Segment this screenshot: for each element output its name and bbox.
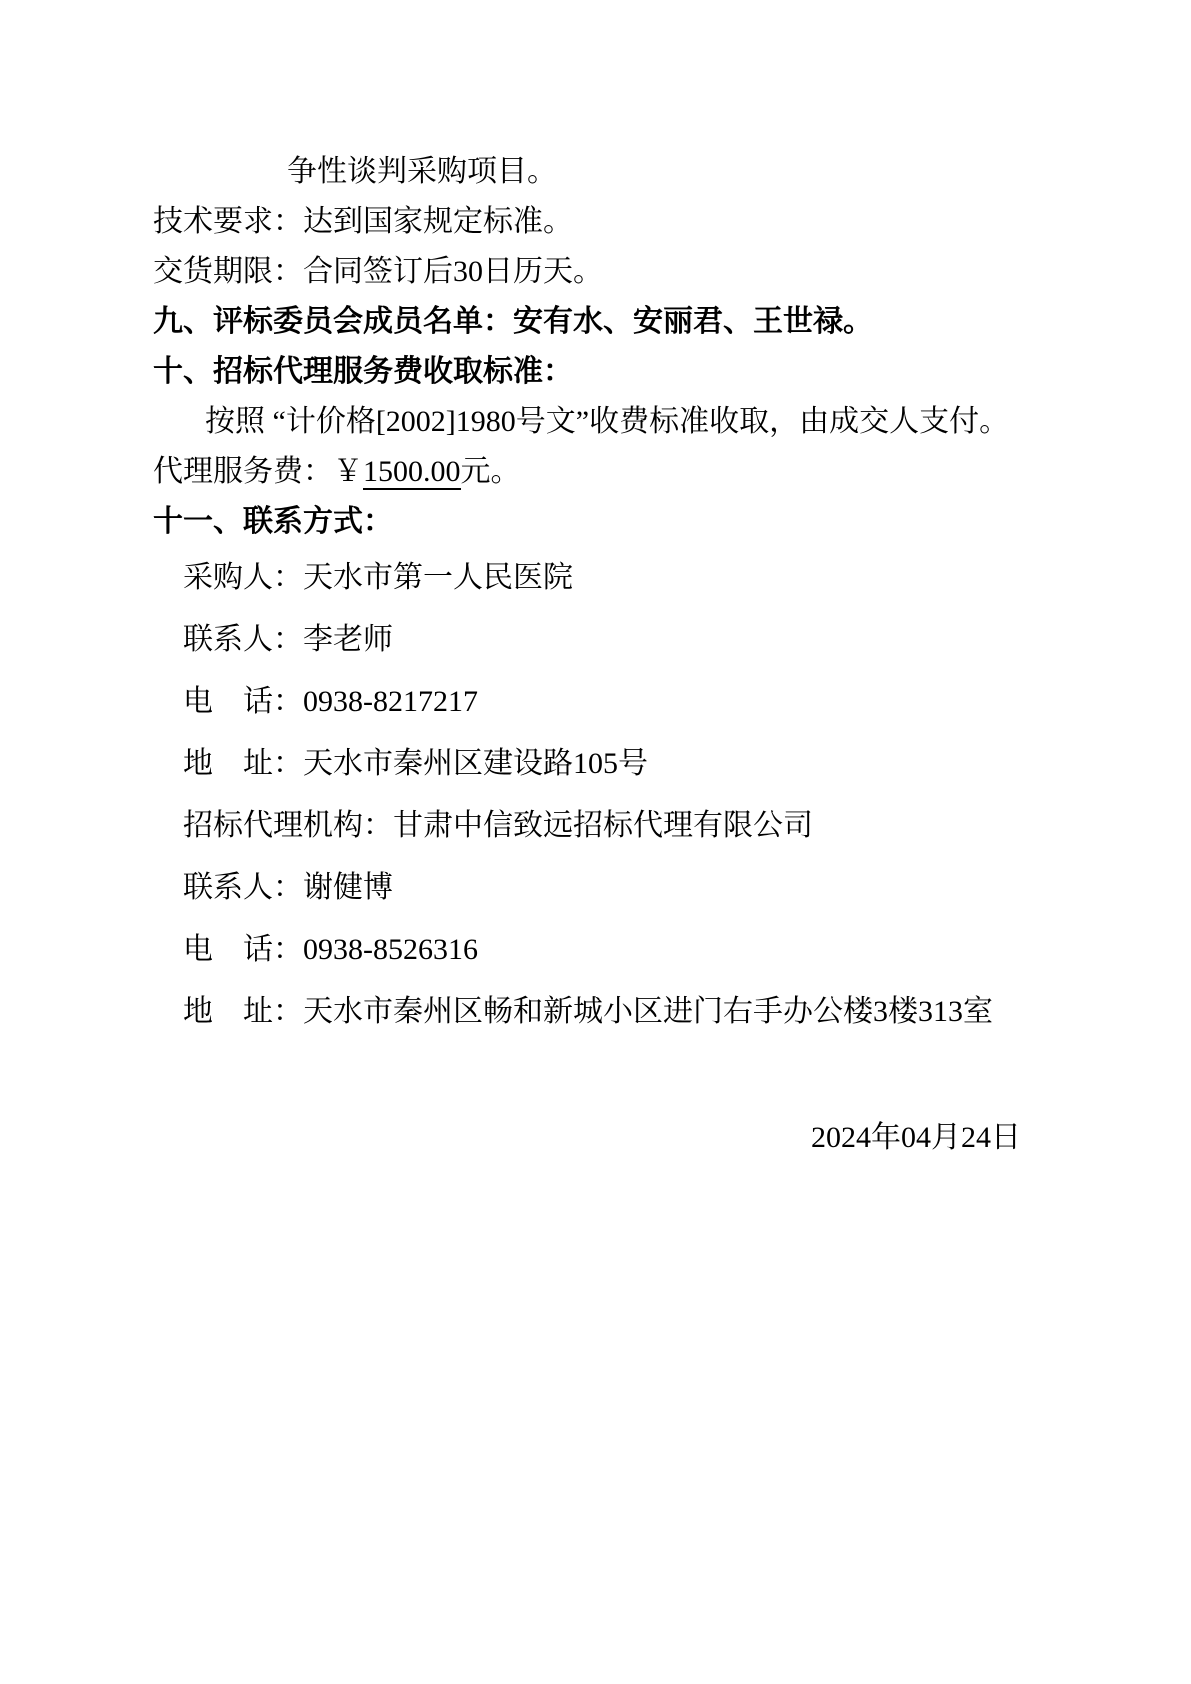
agency-fee-suffix: 元。	[461, 455, 521, 488]
intro-continuation-line: 争性谈判采购项目。	[153, 147, 1041, 197]
agency-fee-amount: 1500.00	[363, 455, 461, 490]
section-10-heading: 十、招标代理服务费收取标准：	[153, 347, 1041, 397]
delivery-deadline-line: 交货期限：合同签订后30日历天。	[153, 247, 1041, 297]
fee-basis-line: 按照 “计价格[2002]1980号文”收费标准收取，由成交人支付。	[153, 397, 1041, 447]
buyer-line: 采购人：天水市第一人民医院	[153, 547, 1041, 609]
agency-contact-person-line: 联系人：谢健博	[153, 857, 1041, 919]
agency-fee-prefix: 代理服务费：￥	[153, 455, 363, 488]
agency-fee-line: 代理服务费：￥1500.00元。	[153, 447, 1041, 497]
agency-line: 招标代理机构：甘肃中信致远招标代理有限公司	[153, 795, 1041, 857]
agency-phone-line: 电 话：0938-8526316	[153, 919, 1041, 981]
document-date: 2024年04月24日	[153, 1113, 1041, 1163]
buyer-phone-line: 电 话：0938-8217217	[153, 671, 1041, 733]
agency-address-line: 地 址：天水市秦州区畅和新城小区进门右手办公楼3楼313室	[153, 981, 1041, 1043]
buyer-contact-person-line: 联系人：李老师	[153, 609, 1041, 671]
document-page: 争性谈判采购项目。 技术要求：达到国家规定标准。 交货期限：合同签订后30日历天…	[0, 0, 1191, 1684]
tech-requirement-line: 技术要求：达到国家规定标准。	[153, 197, 1041, 247]
section-11-heading: 十一、联系方式：	[153, 497, 1041, 547]
buyer-address-line: 地 址：天水市秦州区建设路105号	[153, 733, 1041, 795]
section-9-heading: 九、评标委员会成员名单：安有水、安丽君、王世禄。	[153, 297, 1041, 347]
